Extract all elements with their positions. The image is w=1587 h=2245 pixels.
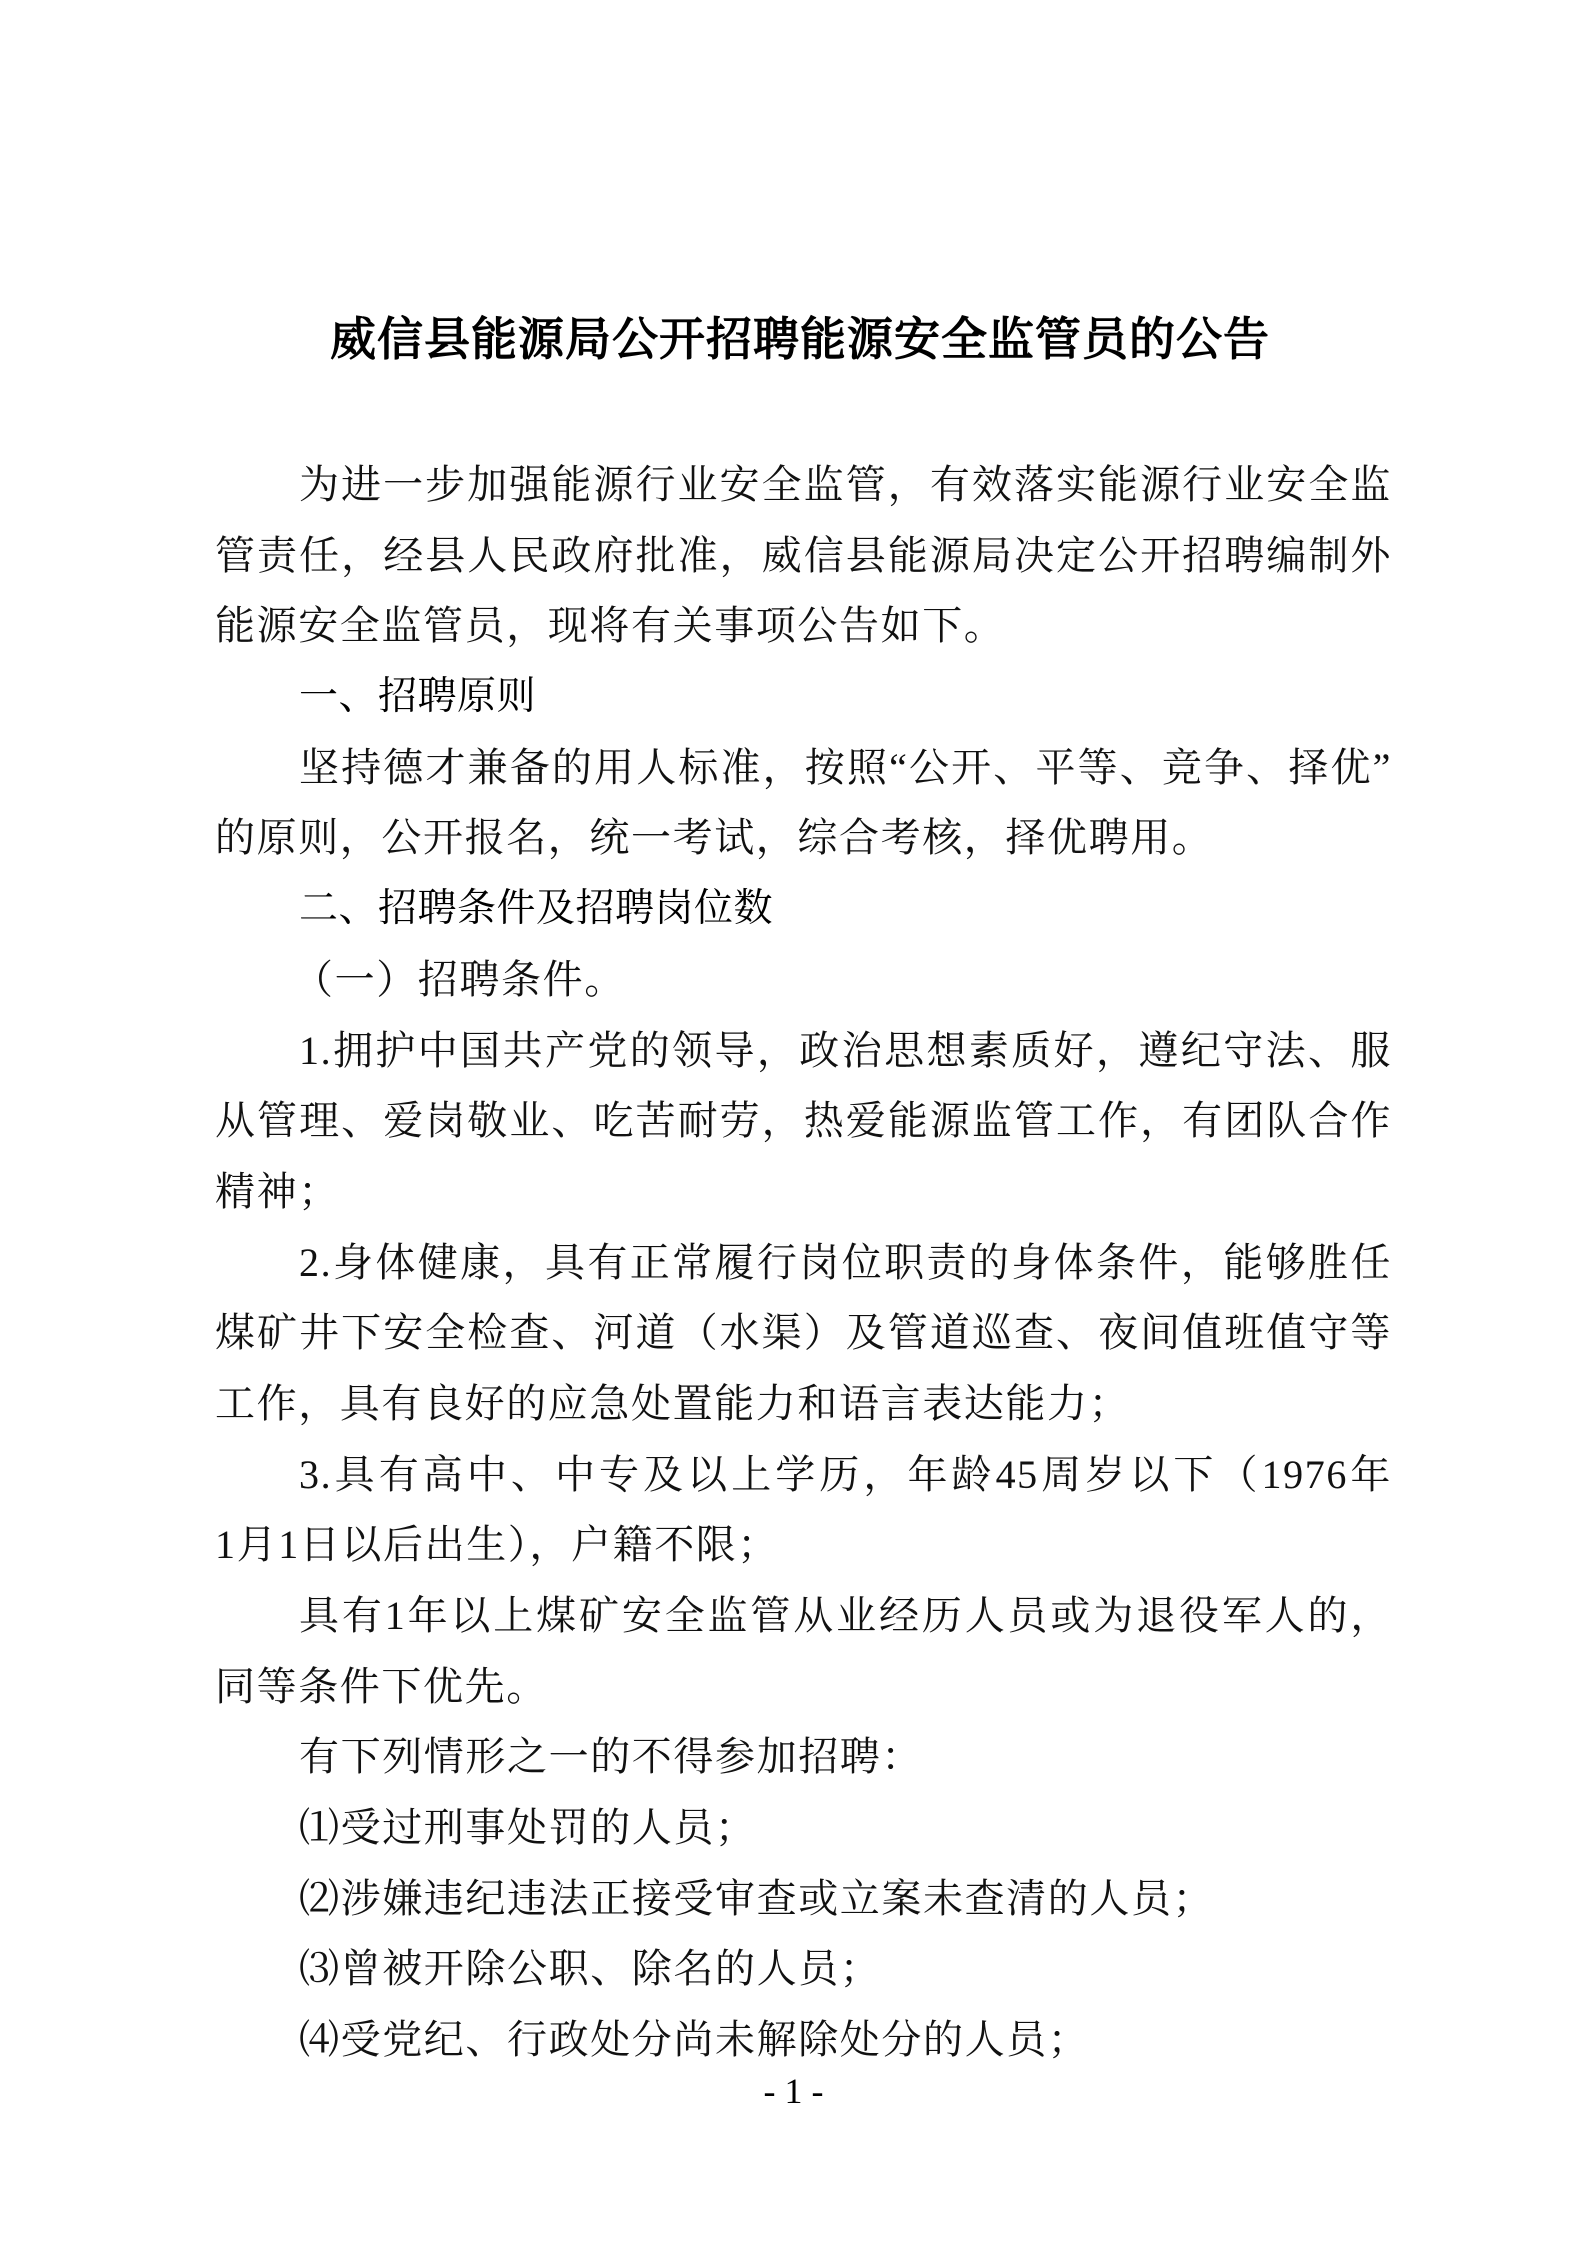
condition-item-2-line: 煤矿井下安全检查、河道（水渠）及管道巡查、夜间值班值守等: [215, 1298, 1392, 1369]
principles-line: 的原则，公开报名，统一考试，综合考核，择优聘用。: [215, 803, 1395, 874]
exclusion-item: ⑶曾被开除公职、除名的人员；: [215, 1934, 1395, 2005]
condition-item-2-line: 2.身体健康，具有正常履行岗位职责的身体条件，能够胜任: [215, 1228, 1392, 1299]
intro-line: 管责任，经县人民政府批准，威信县能源局决定公开招聘编制外: [215, 521, 1392, 592]
intro-line: 能源安全监管员，现将有关事项公告如下。: [215, 591, 1395, 662]
subsection-heading-conditions: （一）招聘条件。: [215, 945, 1395, 1016]
condition-item-1-line: 从管理、爱岗敬业、吃苦耐劳，热爱能源监管工作，有团队合作: [215, 1086, 1392, 1157]
document-title: 威信县能源局公开招聘能源安全监管员的公告: [0, 307, 1587, 371]
intro-line: 为进一步加强能源行业安全监管，有效落实能源行业安全监: [215, 450, 1392, 521]
page-number: - 1 -: [0, 2070, 1587, 2112]
document-body: 为进一步加强能源行业安全监管，有效落实能源行业安全监 管责任，经县人民政府批准，…: [215, 450, 1395, 2076]
condition-item-2-line: 工作，具有良好的应急处置能力和语言表达能力；: [215, 1369, 1395, 1440]
exclusion-item: ⑴受过刑事处罚的人员；: [215, 1793, 1395, 1864]
section-heading-principles: 一、招聘原则: [215, 662, 1395, 733]
condition-item-1-line: 1.拥护中国共产党的领导，政治思想素质好，遵纪守法、服: [215, 1016, 1392, 1087]
document-page: 威信县能源局公开招聘能源安全监管员的公告 为进一步加强能源行业安全监管，有效落实…: [0, 0, 1587, 2245]
exclusion-item: ⑷受党纪、行政处分尚未解除处分的人员；: [215, 2005, 1395, 2076]
exclusions-intro: 有下列情形之一的不得参加招聘：: [215, 1722, 1395, 1793]
principles-line: 坚持德才兼备的用人标准，按照“公开、平等、竞争、择优”: [215, 733, 1392, 804]
preference-line: 同等条件下优先。: [215, 1652, 1395, 1723]
condition-item-1-line: 精神；: [215, 1157, 1395, 1228]
condition-item-3-line: 1月1日以后出生），户籍不限；: [215, 1510, 1395, 1581]
exclusion-item: ⑵涉嫌违纪违法正接受审查或立案未查清的人员；: [215, 1864, 1395, 1935]
section-heading-conditions: 二、招聘条件及招聘岗位数: [215, 874, 1395, 945]
condition-item-3-line: 3.具有高中、中专及以上学历，年龄45周岁以下（1976年: [215, 1440, 1392, 1511]
preference-line: 具有1年以上煤矿安全监管从业经历人员或为退役军人的，: [215, 1581, 1392, 1652]
